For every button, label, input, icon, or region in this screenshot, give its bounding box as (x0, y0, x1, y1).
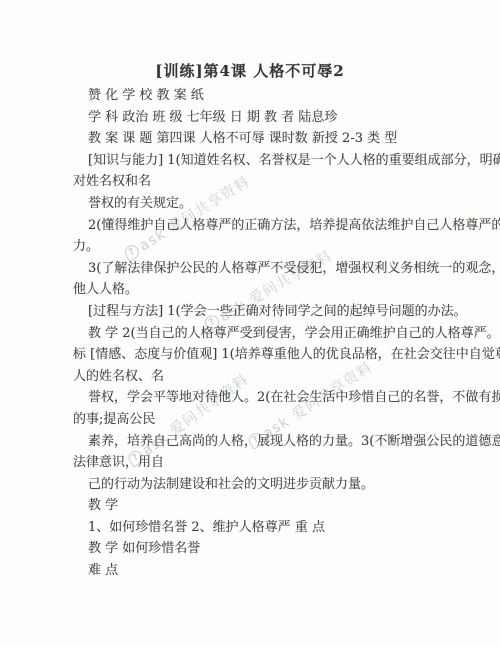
text-line: 3(了解法律保护公民的人格尊严不受侵犯，增强权利义务相统一的观念，尊重 (73, 258, 466, 280)
text-line: 学 科 政治 班 级 七年级 日 期 教 者 陆息珍 (73, 107, 466, 129)
text-line: 教 学 如何珍惜名誉 (73, 538, 466, 560)
text-line: 他人人格。 (73, 279, 466, 301)
page-title: [训练]第4课 人格不可辱2 (0, 60, 500, 81)
text-line: [知识与能力] 1(知道姓名权、名誉权是一个人人格的重要组成部分，明确法律 (73, 150, 466, 172)
body-text: 赞 化 学 校 教 案 纸学 科 政治 班 级 七年级 日 期 教 者 陆息珍教… (73, 85, 466, 582)
text-line: 素养，培养自己高尚的人格，展现人格的力量。3(不断增强公民的道德意识和 (73, 431, 466, 453)
text-line: [过程与方法] 1(学会一些正确对待同学之间的起绰号问题的办法。 (73, 301, 466, 323)
text-line: 标 [情感、态度与价值观] 1(培养尊重他人的优良品格，在社会交往中自觉尊重他 (73, 344, 466, 366)
text-line: 难 点 (73, 560, 466, 582)
text-line: 的事;提高公民 (73, 409, 466, 431)
document-page: ?ask 爱问共享资料?ask 爱问共享资料?ask 爱问共享资料?ask 爱问… (0, 0, 500, 647)
text-line: 教 学 2(当自己的人格尊严受到侵害，学会用正确维护自己的人格尊严。 目 (73, 323, 466, 345)
text-line: 誉权，学会平等地对待他人。2(在社会生活中珍惜自己的名誉，不做有损人格 (73, 387, 466, 409)
text-line: 教 案 课 题 第四课 人格不可辱 课时数 新授 2-3 类 型 (73, 128, 466, 150)
text-line: 誉权的有关规定。 (73, 193, 466, 215)
text-line: 对姓名权和名 (73, 171, 466, 193)
text-line: 教 学 (73, 495, 466, 517)
text-line: 2(懂得维护自己人格尊严的正确方法，培养提高依法维护自己人格尊严的能 (73, 215, 466, 237)
text-line: 己的行动为法制建设和社会的文明进步贡献力量。 (73, 474, 466, 496)
text-line: 赞 化 学 校 教 案 纸 (73, 85, 466, 107)
text-line: 人的姓名权、名 (73, 366, 466, 388)
text-line: 力。 (73, 236, 466, 258)
text-line: 法律意识，用自 (73, 452, 466, 474)
text-line: 1、如何珍惜名誉 2、维护人格尊严 重 点 (73, 517, 466, 539)
